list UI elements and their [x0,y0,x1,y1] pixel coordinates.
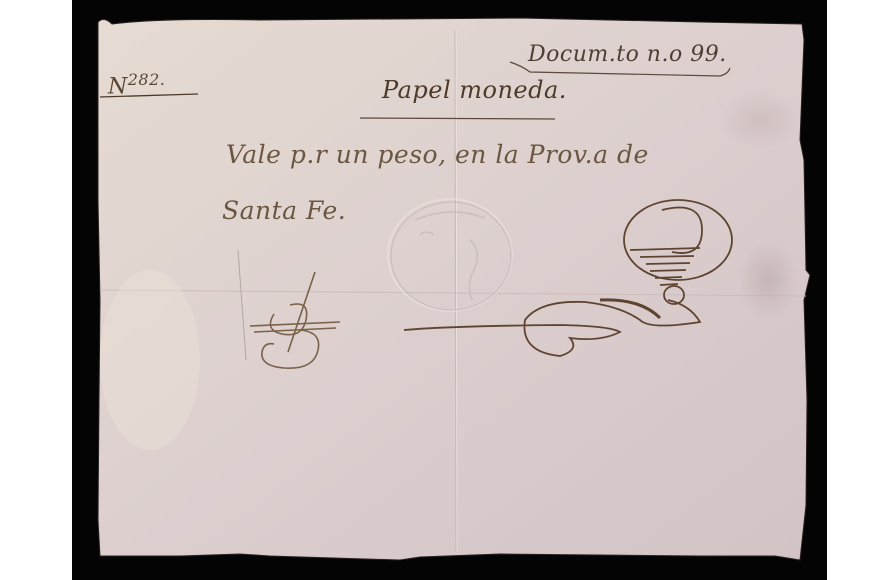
body-line-2: Santa Fe. [222,196,346,225]
serial-prefix: N [108,74,128,99]
serial-number: N282. [108,70,165,99]
serial-value: 282. [128,70,166,89]
body-line-1: Vale p.r un peso, en la Prov.a de [226,140,649,169]
document-number: Docum.to n.o 99. [528,42,727,67]
document-heading: Papel moneda. [382,76,567,104]
